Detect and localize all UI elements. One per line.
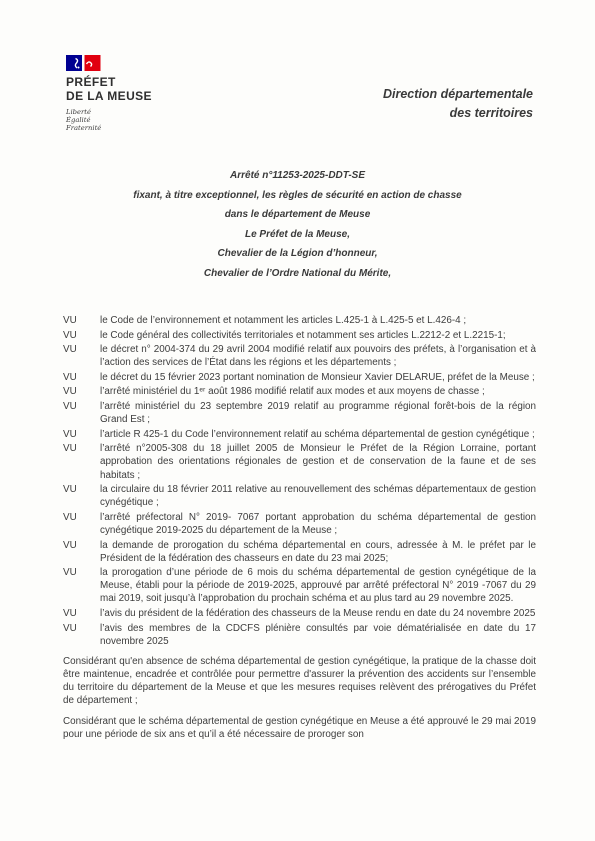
- vu-label: VU: [63, 314, 100, 327]
- prefet-name-line2: DE LA MEUSE: [66, 90, 236, 104]
- decree-title-block: Arrêté n°11253-2025-DDT-SE fixant, à tit…: [0, 166, 595, 283]
- vu-text: le Code général des collectivités territ…: [100, 329, 536, 342]
- vu-list: VUle Code de l’environnement et notammen…: [63, 314, 536, 648]
- vu-item: VUl’arrêté n°2005-308 du 18 juillet 2005…: [63, 442, 536, 481]
- prefet-name: PRÉFET DE LA MEUSE: [66, 76, 236, 103]
- vu-label: VU: [63, 607, 100, 620]
- french-flag-marianne-icon: [66, 55, 101, 72]
- vu-label: VU: [63, 511, 100, 537]
- page-header: PRÉFET DE LA MEUSE Liberté Égalité Frate…: [0, 0, 595, 132]
- decree-number: Arrêté n°11253-2025-DDT-SE: [0, 166, 595, 186]
- vu-item: VUl’arrêté ministériel du 1ᵉʳ août 1986 …: [63, 385, 536, 398]
- vu-item: VUl’avis des membres de la CDCFS plénièr…: [63, 622, 536, 648]
- document-page: PRÉFET DE LA MEUSE Liberté Égalité Frate…: [0, 0, 595, 841]
- vu-label: VU: [63, 385, 100, 398]
- vu-label: VU: [63, 566, 100, 605]
- vu-item: VUl’avis du président de la fédération d…: [63, 607, 536, 620]
- vu-text: le décret du 15 février 2023 portant nom…: [100, 371, 536, 384]
- vu-text: l’arrêté préfectoral N° 2019- 7067 porta…: [100, 511, 536, 537]
- issuing-direction: Direction départementale des territoires: [383, 85, 533, 123]
- decree-subject-line2: dans le département de Meuse: [0, 205, 595, 225]
- decree-author-honor1: Chevalier de la Légion d’honneur,: [0, 244, 595, 264]
- vu-text: l’arrêté ministériel du 1ᵉʳ août 1986 mo…: [100, 385, 536, 398]
- vu-text: l’avis des membres de la CDCFS plénière …: [100, 622, 536, 648]
- vu-label: VU: [63, 400, 100, 426]
- vu-label: VU: [63, 371, 100, 384]
- vu-item: VUla circulaire du 18 février 2011 relat…: [63, 483, 536, 509]
- vu-label: VU: [63, 442, 100, 481]
- vu-label: VU: [63, 622, 100, 648]
- vu-text: l’arrêté ministériel du 23 septembre 201…: [100, 400, 536, 426]
- vu-label: VU: [63, 343, 100, 369]
- vu-label: VU: [63, 329, 100, 342]
- vu-label: VU: [63, 428, 100, 441]
- motto-egalite: Égalité: [66, 116, 236, 124]
- vu-text: l’arrêté n°2005-308 du 18 juillet 2005 d…: [100, 442, 536, 481]
- motto-fraternite: Fraternité: [66, 124, 236, 132]
- vu-text: la demande de prorogation du schéma dépa…: [100, 539, 536, 565]
- vu-item: VUla demande de prorogation du schéma dé…: [63, 539, 536, 565]
- decree-author-honor2: Chevalier de l’Ordre National du Mérite,: [0, 264, 595, 284]
- vu-item: VUl’article R 425-1 du Code l’environnem…: [63, 428, 536, 441]
- vu-text: l’article R 425-1 du Code l’environnemen…: [100, 428, 536, 441]
- decree-author: Le Préfet de la Meuse,: [0, 225, 595, 245]
- vu-item: VUl’arrêté préfectoral N° 2019- 7067 por…: [63, 511, 536, 537]
- considerant-paragraph-1: Considérant qu'en absence de schéma dépa…: [63, 655, 536, 708]
- republic-motto: Liberté Égalité Fraternité: [66, 108, 236, 132]
- vu-text: le décret n° 2004-374 du 29 avril 2004 m…: [100, 343, 536, 369]
- motto-liberte: Liberté: [66, 108, 236, 116]
- vu-text: la circulaire du 18 février 2011 relativ…: [100, 483, 536, 509]
- direction-line2: des territoires: [383, 104, 533, 123]
- considerant-paragraph-2: Considérant que le schéma départemental …: [63, 715, 536, 741]
- vu-item: VUle Code de l’environnement et notammen…: [63, 314, 536, 327]
- vu-text: la prorogation d’une période de 6 mois d…: [100, 566, 536, 605]
- vu-item: VUla prorogation d’une période de 6 mois…: [63, 566, 536, 605]
- government-logo: PRÉFET DE LA MEUSE Liberté Égalité Frate…: [66, 55, 236, 132]
- decree-subject-line1: fixant, à titre exceptionnel, les règles…: [0, 186, 595, 206]
- direction-line1: Direction départementale: [383, 85, 533, 104]
- prefet-name-line1: PRÉFET: [66, 76, 236, 90]
- vu-item: VUle décret n° 2004-374 du 29 avril 2004…: [63, 343, 536, 369]
- vu-item: VUle Code général des collectivités terr…: [63, 329, 536, 342]
- vu-item: VUle décret du 15 février 2023 portant n…: [63, 371, 536, 384]
- vu-item: VUl’arrêté ministériel du 23 septembre 2…: [63, 400, 536, 426]
- vu-text: le Code de l’environnement et notamment …: [100, 314, 536, 327]
- vu-label: VU: [63, 539, 100, 565]
- vu-label: VU: [63, 483, 100, 509]
- vu-text: l’avis du président de la fédération des…: [100, 607, 536, 620]
